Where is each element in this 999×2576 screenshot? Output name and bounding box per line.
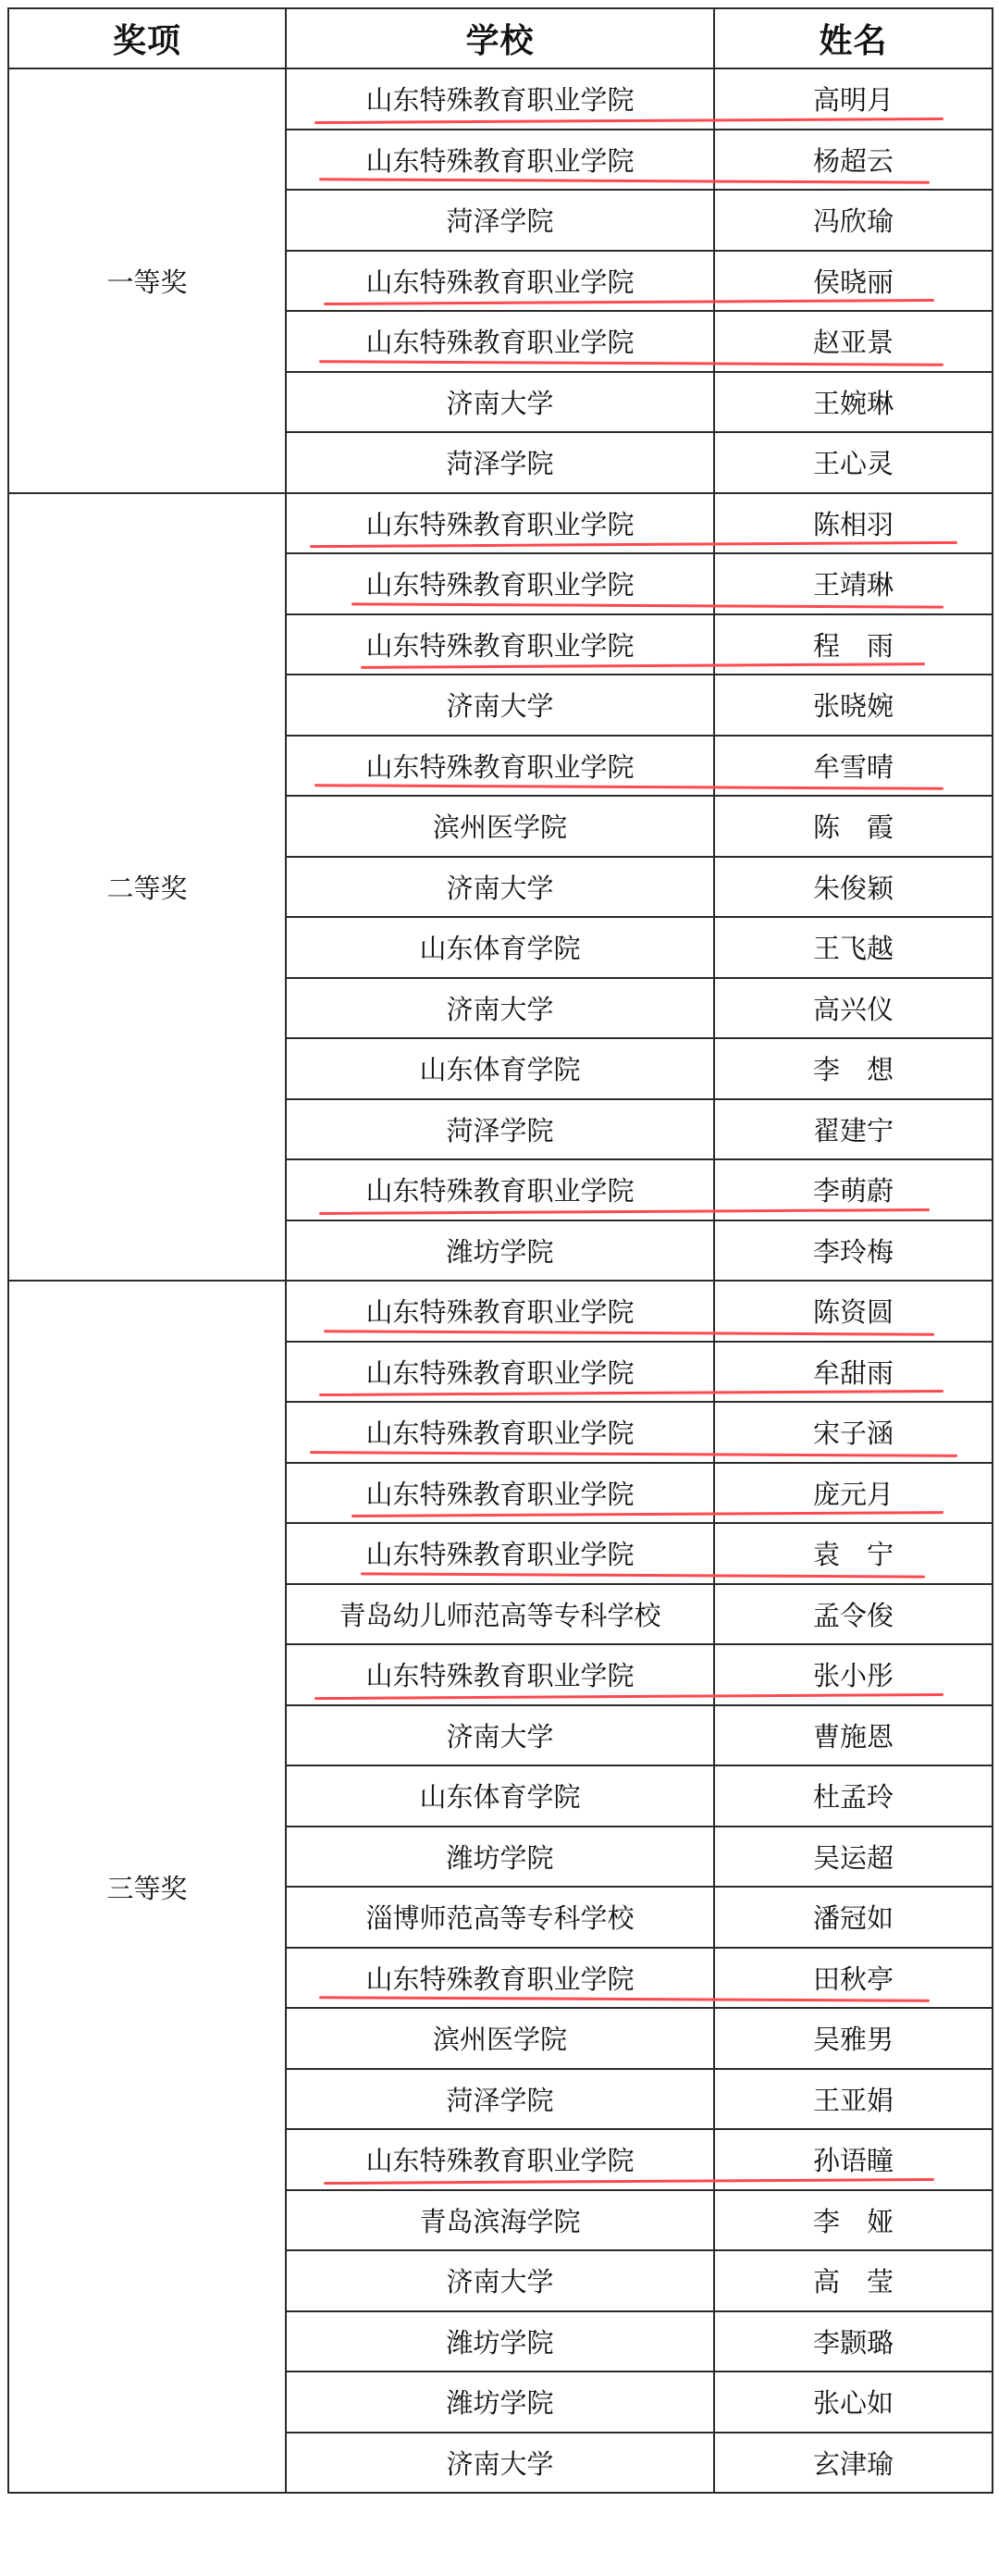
name-cell: 王心灵 xyxy=(714,432,993,493)
name-cell: 陈相羽 xyxy=(714,493,993,554)
school-cell: 菏泽学院 xyxy=(286,190,714,251)
school-cell: 山东特殊教育职业学院 xyxy=(286,130,714,191)
school-cell: 山东特殊教育职业学院 xyxy=(286,1281,714,1342)
school-cell: 淄博师范高等专科学校 xyxy=(286,1887,714,1948)
name-cell: 高兴仪 xyxy=(714,978,993,1039)
school-cell: 青岛幼儿师范高等专科学校 xyxy=(286,1584,714,1645)
name-cell: 张晓婉 xyxy=(714,675,993,736)
name-cell: 翟建宁 xyxy=(714,1099,993,1160)
name-cell: 潘冠如 xyxy=(714,1887,993,1948)
name-cell: 程 雨 xyxy=(714,614,993,675)
award-level-cell: 三等奖 xyxy=(8,1281,286,2493)
award-level-cell: 一等奖 xyxy=(8,68,286,493)
name-cell: 李 想 xyxy=(714,1038,993,1099)
name-cell: 王飞越 xyxy=(714,917,993,978)
school-cell: 山东特殊教育职业学院 xyxy=(286,1644,714,1705)
name-cell: 玄津瑜 xyxy=(714,2433,993,2494)
school-cell: 山东特殊教育职业学院 xyxy=(286,614,714,675)
name-cell: 孟令俊 xyxy=(714,1584,993,1645)
name-cell: 陈资圆 xyxy=(714,1281,993,1342)
name-cell: 王亚娟 xyxy=(714,2069,993,2130)
name-cell: 赵亚景 xyxy=(714,311,993,372)
school-cell: 济南大学 xyxy=(286,372,714,433)
school-cell: 山东特殊教育职业学院 xyxy=(286,1402,714,1463)
school-cell: 菏泽学院 xyxy=(286,2069,714,2130)
award-winners-table: 奖项 学校 姓名 一等奖山东特殊教育职业学院高明月山东特殊教育职业学院杨超云菏泽… xyxy=(7,7,993,2494)
school-cell: 山东特殊教育职业学院 xyxy=(286,68,714,130)
school-cell: 山东特殊教育职业学院 xyxy=(286,1159,714,1220)
name-cell: 孙语瞳 xyxy=(714,2129,993,2190)
name-cell: 吴运超 xyxy=(714,1827,993,1888)
name-cell: 袁 宁 xyxy=(714,1523,993,1584)
school-cell: 济南大学 xyxy=(286,1705,714,1766)
school-cell: 潍坊学院 xyxy=(286,2311,714,2372)
name-cell: 李萌蔚 xyxy=(714,1159,993,1220)
table-row: 三等奖山东特殊教育职业学院陈资圆 xyxy=(8,1281,993,1342)
school-cell: 菏泽学院 xyxy=(286,1099,714,1160)
name-cell: 杜孟玲 xyxy=(714,1765,993,1827)
school-cell: 青岛滨海学院 xyxy=(286,2190,714,2251)
name-cell: 冯欣瑜 xyxy=(714,190,993,251)
name-cell: 牟甜雨 xyxy=(714,1342,993,1403)
header-school: 学校 xyxy=(286,8,714,68)
name-cell: 吴雅男 xyxy=(714,2008,993,2069)
name-cell: 杨超云 xyxy=(714,130,993,191)
school-cell: 山东特殊教育职业学院 xyxy=(286,2129,714,2190)
header-name: 姓名 xyxy=(714,8,993,68)
name-cell: 高明月 xyxy=(714,68,993,130)
school-cell: 济南大学 xyxy=(286,857,714,918)
school-cell: 山东体育学院 xyxy=(286,1765,714,1827)
name-cell: 李玲梅 xyxy=(714,1220,993,1282)
table-row: 一等奖山东特殊教育职业学院高明月 xyxy=(8,68,993,130)
school-cell: 山东特殊教育职业学院 xyxy=(286,1948,714,2009)
school-cell: 山东特殊教育职业学院 xyxy=(286,553,714,614)
school-cell: 山东特殊教育职业学院 xyxy=(286,736,714,797)
name-cell: 牟雪晴 xyxy=(714,736,993,797)
name-cell: 李颢璐 xyxy=(714,2311,993,2372)
school-cell: 潍坊学院 xyxy=(286,2372,714,2433)
name-cell: 张小彤 xyxy=(714,1644,993,1705)
school-cell: 济南大学 xyxy=(286,2433,714,2494)
school-cell: 山东特殊教育职业学院 xyxy=(286,251,714,312)
school-cell: 山东特殊教育职业学院 xyxy=(286,1463,714,1524)
name-cell: 李 娅 xyxy=(714,2190,993,2251)
name-cell: 田秋亭 xyxy=(714,1948,993,2009)
name-cell: 朱俊颖 xyxy=(714,857,993,918)
header-award: 奖项 xyxy=(8,8,286,68)
name-cell: 张心如 xyxy=(714,2372,993,2433)
school-cell: 山东特殊教育职业学院 xyxy=(286,311,714,372)
table-body: 一等奖山东特殊教育职业学院高明月山东特殊教育职业学院杨超云菏泽学院冯欣瑜山东特殊… xyxy=(8,68,993,2493)
name-cell: 高 莹 xyxy=(714,2250,993,2311)
school-cell: 山东特殊教育职业学院 xyxy=(286,1523,714,1584)
school-cell: 济南大学 xyxy=(286,978,714,1039)
name-cell: 陈 霞 xyxy=(714,796,993,857)
name-cell: 宋子涵 xyxy=(714,1402,993,1463)
header-row: 奖项 学校 姓名 xyxy=(8,8,993,68)
school-cell: 山东特殊教育职业学院 xyxy=(286,493,714,554)
name-cell: 王靖琳 xyxy=(714,553,993,614)
table-row: 二等奖山东特殊教育职业学院陈相羽 xyxy=(8,493,993,554)
school-cell: 济南大学 xyxy=(286,675,714,736)
school-cell: 菏泽学院 xyxy=(286,432,714,493)
award-level-cell: 二等奖 xyxy=(8,493,286,1282)
school-cell: 山东特殊教育职业学院 xyxy=(286,1342,714,1403)
name-cell: 王婉琳 xyxy=(714,372,993,433)
name-cell: 曹施恩 xyxy=(714,1705,993,1766)
school-cell: 山东体育学院 xyxy=(286,917,714,978)
name-cell: 庞元月 xyxy=(714,1463,993,1524)
school-cell: 滨州医学院 xyxy=(286,2008,714,2069)
school-cell: 潍坊学院 xyxy=(286,1220,714,1282)
name-cell: 侯晓丽 xyxy=(714,251,993,312)
school-cell: 潍坊学院 xyxy=(286,1827,714,1888)
school-cell: 济南大学 xyxy=(286,2250,714,2311)
school-cell: 滨州医学院 xyxy=(286,796,714,857)
school-cell: 山东体育学院 xyxy=(286,1038,714,1099)
